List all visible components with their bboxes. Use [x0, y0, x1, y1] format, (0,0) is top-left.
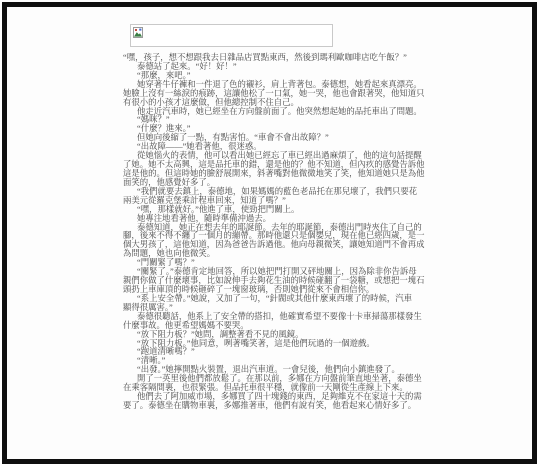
- text-line: “跑道清晰嗎？”: [123, 348, 429, 357]
- document-text: “嘿，孩子，想不想跟我去日雜品店買點東西，然後到瑪利歐咖啡店吃午飯？”泰德站了起…: [123, 54, 429, 405]
- image-placeholder: [130, 24, 333, 47]
- broken-image-icon: [133, 27, 143, 38]
